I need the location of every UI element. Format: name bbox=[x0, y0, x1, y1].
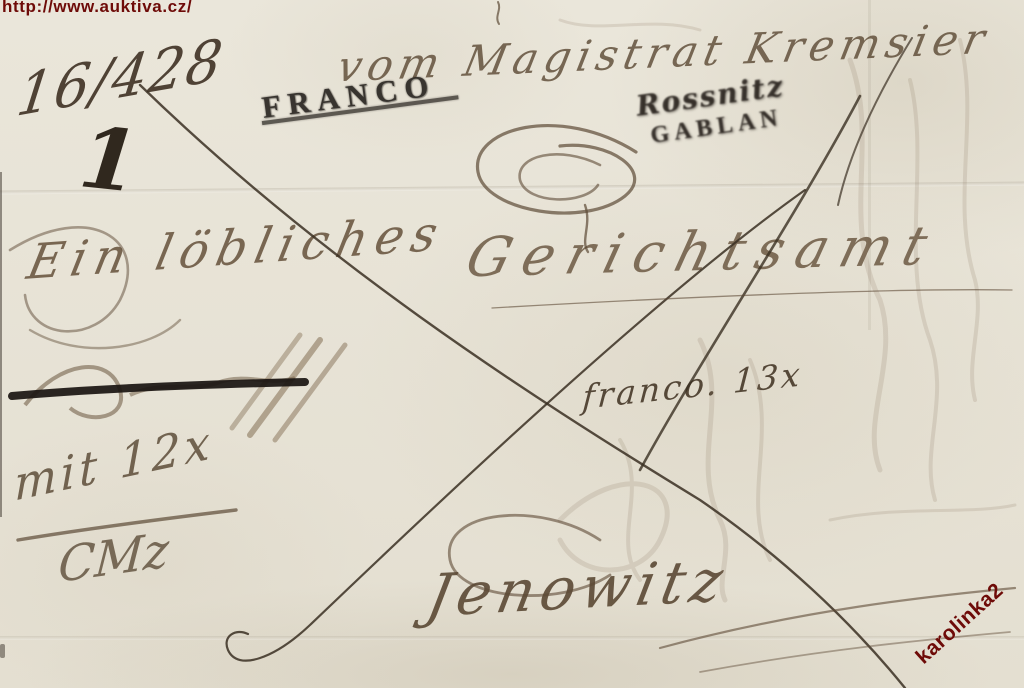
town-handstamp: Rossnitz GABLAN bbox=[634, 69, 790, 151]
destination-name: Jenowitz bbox=[422, 546, 735, 630]
scan-edge-notch bbox=[0, 644, 5, 658]
address-line-left: Ein löbliches bbox=[22, 205, 450, 291]
scan-edge-left bbox=[0, 172, 2, 517]
franco-rate-note: franco. 13x bbox=[581, 354, 804, 417]
letter-scan: 16/428 1 vom Magistrat Kremsier Ein löbl… bbox=[0, 0, 1024, 688]
paper-fold-crease-bottom bbox=[0, 636, 1024, 640]
tax-digit: 1 bbox=[75, 107, 143, 212]
oval-paraph-outer bbox=[478, 126, 636, 213]
rate-note-denominator: CMz bbox=[57, 522, 171, 595]
seller-name-watermark: karolinka2 bbox=[891, 560, 1024, 688]
rate-note-numerator: mit 12x bbox=[14, 414, 213, 512]
paper-fold-crease-top bbox=[0, 182, 1024, 195]
auction-site-watermark: http://www.auktiva.cz/ bbox=[2, 0, 192, 17]
strike-through-bar bbox=[12, 382, 305, 396]
address-line-right: Gerichtsamt bbox=[460, 214, 946, 290]
t-crossing-hairline bbox=[492, 290, 1012, 308]
oval-paraph-inner bbox=[520, 154, 600, 199]
bleed-through-ghost-strokes bbox=[560, 20, 1015, 600]
top-edge-ink-mark bbox=[497, 2, 499, 24]
